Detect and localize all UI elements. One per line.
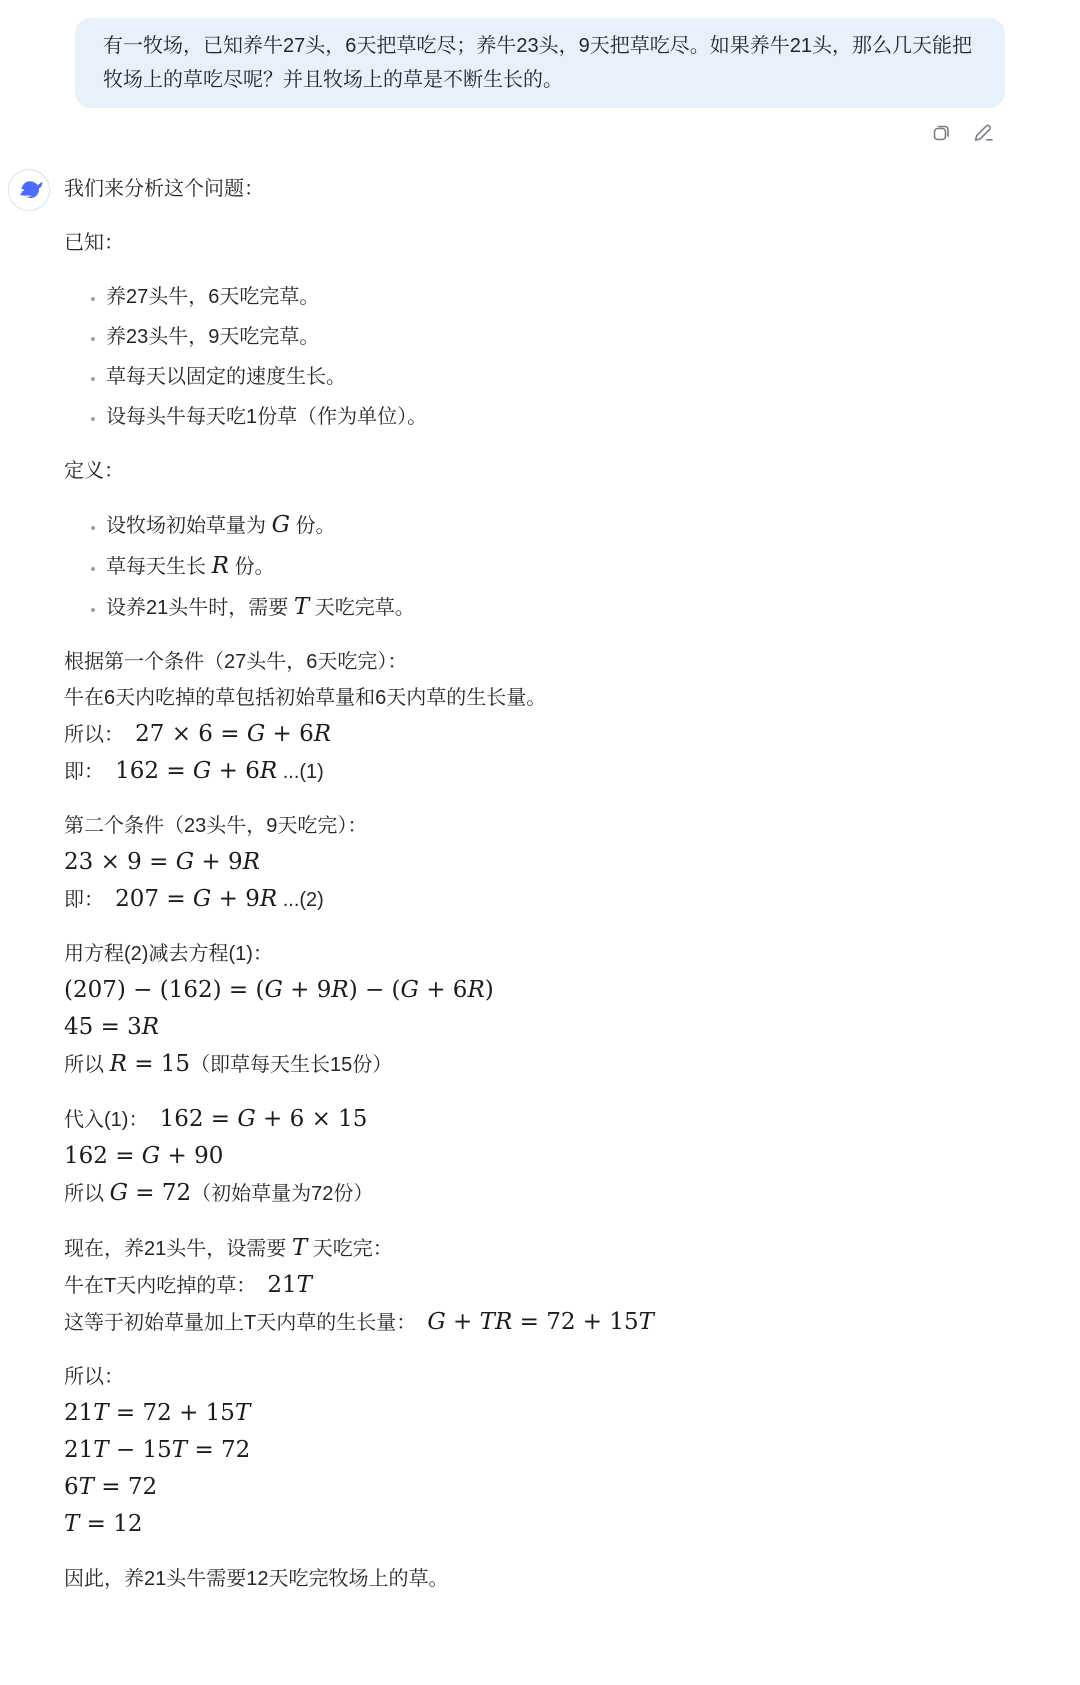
math-expression: 27 × 6 = G + 6R [135,721,331,747]
user-message-row: 有一牧场，已知养牛27头，6天把草吃尽；养牛23头，9天把草吃尽。如果养牛21头… [0,18,1080,108]
math-expression: 162 = G + 6R [115,758,277,784]
list-item: 设养21头牛时，需要 T 天吃完草。 [106,589,1040,626]
math-expression: T [294,594,309,620]
text-run: 天吃完： [307,1238,393,1260]
text-run: 第二个条件（23头牛，9天吃完）： [64,815,367,837]
list-item: 设牧场初始草量为 G 份。 [106,507,1040,544]
list-item: 草每天生长 R 份。 [106,548,1040,585]
bullet-list: 养27头牛，6天吃完草。养23头牛，9天吃完草。草每天以固定的速度生长。设每头牛… [64,279,1040,435]
edit-button[interactable] [973,121,995,143]
text-run: 设牧场初始草量为 [106,515,272,537]
text-run: 我们来分析这个问题： [64,178,264,200]
text-run: 所以： [64,1366,124,1388]
list-item: 养27头牛，6天吃完草。 [106,279,1040,315]
text-run: 草每天以固定的速度生长。 [106,366,346,388]
text-run: 养27头牛，6天吃完草。 [106,286,319,308]
text-run: 草每天生长 [106,556,212,578]
text-run: 因此，养21头牛需要12天吃完牧场上的草。 [64,1568,449,1590]
text-run: 份。 [229,556,275,578]
math-expression: 21T = 72 + 15T [64,1400,250,1426]
math-expression: 162 = G + 6 × 15 [160,1106,368,1132]
text-run: 现在，养21头牛，设需要 [64,1238,292,1260]
math-expression: 6T = 72 [64,1474,157,1500]
edit-icon [973,121,995,143]
text-run: 用方程(2)减去方程(1)： [64,943,273,965]
paragraph: 用方程(2)减去方程(1)：(207) − (162) = (G + 9R) −… [64,936,1040,1083]
text-run: 牛在T天内吃掉的草： [64,1275,267,1297]
paragraph: 根据第一个条件（27头牛，6天吃完）：牛在6天内吃掉的草包括初始草量和6天内草的… [64,644,1040,790]
text-run: 这等于初始草量加上T天内草的生长量： [64,1312,427,1334]
math-expression: G [272,512,290,538]
math-expression: 207 = G + 9R [115,886,277,912]
bullet-list: 设牧场初始草量为 G 份。草每天生长 R 份。设养21头牛时，需要 T 天吃完草… [64,507,1040,626]
paragraph: 因此，养21头牛需要12天吃完牧场上的草。 [64,1561,1040,1597]
text-run: 所以 [64,1054,110,1076]
math-expression: 21T − 15T = 72 [64,1437,250,1463]
user-message-text: 有一牧场，已知养牛27头，6天把草吃尽；养牛23头，9天把草吃尽。如果养牛21头… [103,35,972,91]
user-message-bubble: 有一牧场，已知养牛27头，6天把草吃尽；养牛23头，9天把草吃尽。如果养牛21头… [75,18,1005,108]
math-expression: 45 = 3R [64,1014,159,1040]
copy-icon [931,121,953,143]
chat-page: 有一牧场，已知养牛27头，6天把草吃尽；养牛23头，9天把草吃尽。如果养牛21头… [0,0,1080,1685]
text-run: 即： [64,889,115,911]
paragraph: 所以：21T = 72 + 15T21T − 15T = 726T = 72T … [64,1359,1040,1543]
text-run: 设每头牛每天吃1份草（作为单位）。 [106,406,427,428]
text-run: 所以 [64,1183,110,1205]
math-expression: T [292,1235,307,1261]
math-expression: G + TR = 72 + 15T [427,1309,654,1335]
paragraph: 定义： [64,453,1040,489]
text-run: 代入(1)： [64,1109,160,1131]
math-expression: 23 × 9 = G + 9R [64,849,260,875]
math-expression: R [212,553,229,579]
text-run: 份。 [290,515,336,537]
assistant-avatar [8,169,50,211]
paragraph: 第二个条件（23头牛，9天吃完）：23 × 9 = G + 9R即： 207 =… [64,808,1040,918]
text-run: 根据第一个条件（27头牛，6天吃完）： [64,651,407,673]
assistant-content: 我们来分析这个问题：已知：养27头牛，6天吃完草。养23头牛，9天吃完草。草每天… [64,169,1040,1615]
math-expression: T = 12 [64,1511,143,1537]
text-run: 牛在6天内吃掉的草包括初始草量和6天内草的生长量。 [64,687,546,709]
list-item: 设每头牛每天吃1份草（作为单位）。 [106,399,1040,435]
text-run: ...(1) [277,761,324,783]
list-item: 养23头牛，9天吃完草。 [106,319,1040,355]
text-run: 所以： [64,724,135,746]
text-run: （初始草量为72份） [191,1183,373,1205]
paragraph: 代入(1)： 162 = G + 6 × 15162 = G + 90所以 G … [64,1101,1040,1212]
text-run: 天吃完草。 [309,597,415,619]
copy-button[interactable] [931,121,953,143]
paragraph: 已知： [64,225,1040,261]
message-actions [0,108,1080,143]
math-expression: R = 15 [110,1051,191,1077]
text-run: 即： [64,761,115,783]
text-run: 定义： [64,460,124,482]
math-expression: 162 = G + 90 [64,1143,223,1169]
assistant-message-row: 我们来分析这个问题：已知：养27头牛，6天吃完草。养23头牛，9天吃完草。草每天… [0,143,1080,1615]
text-run: 养23头牛，9天吃完草。 [106,326,319,348]
text-run: 已知： [64,232,124,254]
text-run: 设养21头牛时，需要 [106,597,294,619]
math-expression: (207) − (162) = (G + 9R) − (G + 6R) [64,977,494,1003]
list-item: 草每天以固定的速度生长。 [106,359,1040,395]
paragraph: 我们来分析这个问题： [64,171,1040,207]
text-run: ...(2) [277,889,324,911]
deepseek-whale-icon [14,175,44,205]
text-run: （即草每天生长15份） [190,1054,392,1076]
paragraph: 现在，养21头牛，设需要 T 天吃完：牛在T天内吃掉的草： 21T这等于初始草量… [64,1230,1040,1341]
math-expression: 21T [267,1272,312,1298]
math-expression: G = 72 [110,1180,192,1206]
